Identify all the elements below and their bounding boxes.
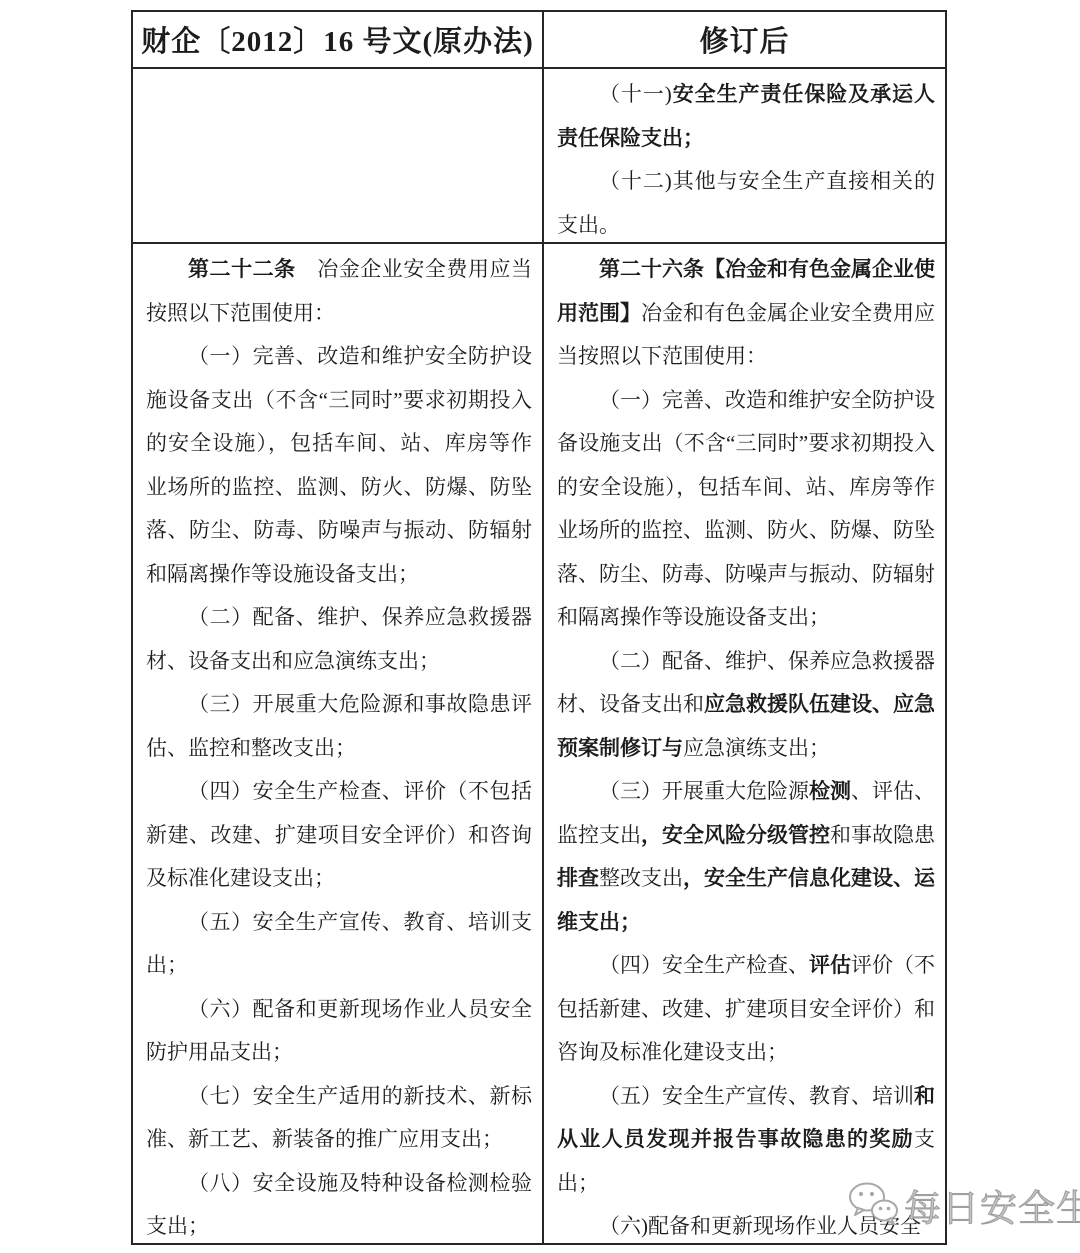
paragraph: （八）安全设施及特种设备检测检验支出；: [146, 1162, 532, 1244]
paragraph: （五）安全生产宣传、教育、培训支出；: [146, 901, 532, 988]
paragraph: （六）配备和更新现场作业人员安全防护用品支出；: [146, 988, 532, 1075]
comparison-table: 财企〔2012〕16 号文(原办法) 修订后 （十一)安全生产责任保险及承运人责…: [131, 10, 947, 1245]
revised-cell: （十一)安全生产责任保险及承运人责任保险支出；（十二)其他与安全生产直接相关的支…: [544, 69, 945, 242]
original-cell: [133, 69, 544, 242]
paragraph: （一）完善、改造和维护安全防护设施设备支出（不含“三同时”要求初期投入的安全设施…: [146, 335, 532, 596]
paragraph: 第二十二条 冶金企业安全费用应当按照以下范围使用：: [146, 248, 532, 335]
table-header-row: 财企〔2012〕16 号文(原办法) 修订后: [133, 12, 945, 69]
table-row: （十一)安全生产责任保险及承运人责任保险支出；（十二)其他与安全生产直接相关的支…: [133, 69, 945, 242]
paragraph: （三）开展重大危险源检测、评估、监控支出，安全风险分级管控和事故隐患排查整改支出…: [557, 770, 935, 944]
original-cell: 第二十二条 冶金企业安全费用应当按照以下范围使用：（一）完善、改造和维护安全防护…: [133, 244, 544, 1243]
paragraph: （六)配备和更新现场作业人员安全: [557, 1205, 935, 1243]
table-body: （十一)安全生产责任保险及承运人责任保险支出；（十二)其他与安全生产直接相关的支…: [133, 69, 945, 1243]
revised-cell: 第二十六条【冶金和有色金属企业使用范围】冶金和有色金属企业安全费用应当按照以下范…: [544, 244, 945, 1243]
revised-column-header: 修订后: [544, 12, 945, 67]
paragraph: （三）开展重大危险源和事故隐患评估、监控和整改支出；: [146, 683, 532, 770]
paragraph: （四）安全生产检查、评价（不包括新建、改建、扩建项目安全评价）和咨询及标准化建设…: [146, 770, 532, 901]
original-column-header: 财企〔2012〕16 号文(原办法): [133, 12, 544, 67]
paragraph: （十二)其他与安全生产直接相关的支出。: [557, 160, 935, 242]
paragraph: （七）安全生产适用的新技术、新标准、新工艺、新装备的推广应用支出；: [146, 1075, 532, 1162]
table-row: 第二十二条 冶金企业安全费用应当按照以下范围使用：（一）完善、改造和维护安全防护…: [133, 242, 945, 1243]
paragraph: （五）安全生产宣传、教育、培训和从业人员发现并报告事故隐患的奖励支出；: [557, 1075, 935, 1206]
paragraph: （二）配备、维护、保养应急救援器材、设备支出和应急救援队伍建设、应急预案制修订与…: [557, 640, 935, 771]
paragraph: （二）配备、维护、保养应急救援器材、设备支出和应急演练支出；: [146, 596, 532, 683]
paragraph: 第二十六条【冶金和有色金属企业使用范围】冶金和有色金属企业安全费用应当按照以下范…: [557, 248, 935, 379]
paragraph: （一）完善、改造和维护安全防护设备设施支出（不含“三同时”要求初期投入的安全设施…: [557, 379, 935, 640]
paragraph: （四）安全生产检查、评估评价（不包括新建、改建、扩建项目安全评价）和咨询及标准化…: [557, 944, 935, 1075]
paragraph: （十一)安全生产责任保险及承运人责任保险支出；: [557, 73, 935, 160]
